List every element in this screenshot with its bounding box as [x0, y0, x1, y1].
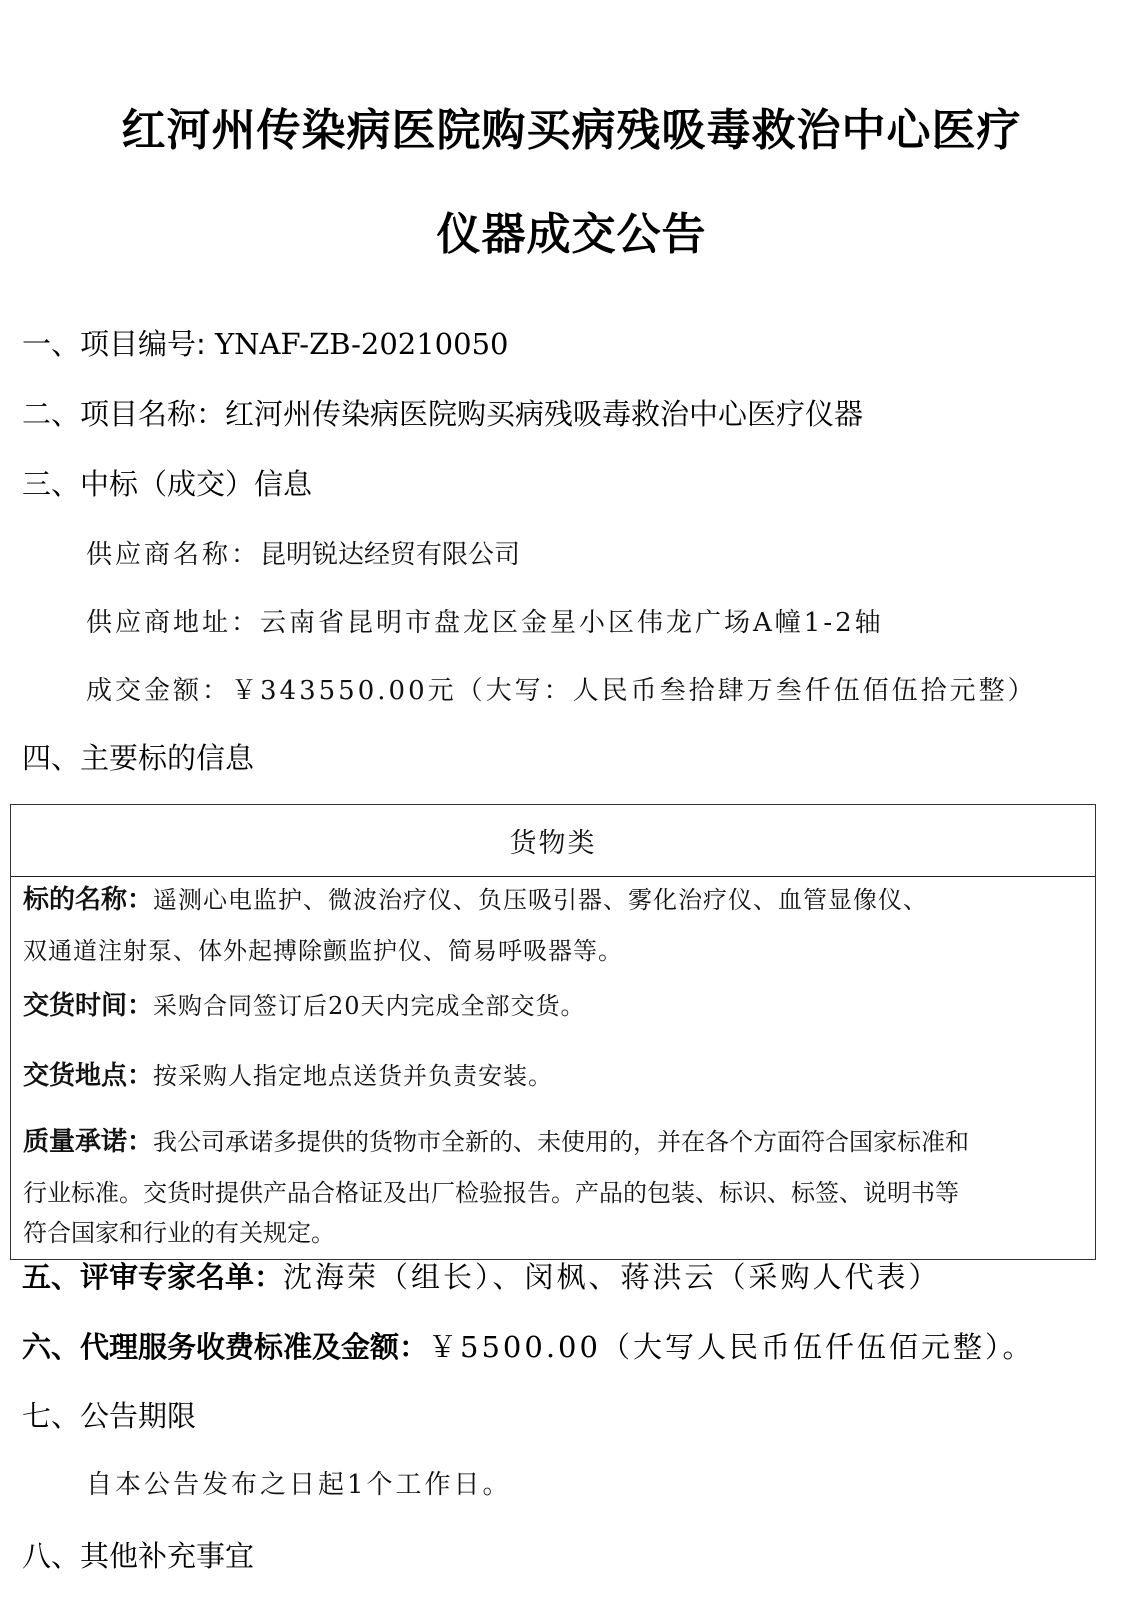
- delivery-place-value: 按采购人指定地点送货并负责安装。: [153, 1062, 553, 1090]
- main-items-table: 货物类 标的名称：遥测心电监护、微波治疗仪、负压吸引器、雾化治疗仪、血管显像仪、…: [10, 804, 1096, 1260]
- project-name-value: 红河州传染病医院购买病残吸毒救治中心医疗仪器: [225, 397, 863, 431]
- section-agency-fee: 六、代理服务收费标准及金额：￥5500.00（大写人民币伍仟伍佰元整）。: [22, 1325, 1034, 1366]
- agency-fee-value: ￥5500.00（大写人民币伍仟伍佰元整）。: [428, 1330, 1034, 1364]
- quality-commitment-line-2: 行业标准。交货时提供产品合格证及出厂检验报告。产品的包装、标识、标签、说明书等: [23, 1173, 959, 1208]
- section-award-info-heading: 三、中标（成交）信息: [22, 462, 312, 503]
- delivery-time-row: 交货时间：采购合同签订后20天内完成全部交货。: [23, 985, 586, 1022]
- table-category-header: 货物类: [11, 805, 1095, 877]
- section-project-number: 一、项目编号: YNAF-ZB-20210050: [22, 322, 508, 363]
- document-title-line-1: 红河州传染病医院购买病残吸毒救治中心医疗: [0, 94, 1143, 158]
- supplier-name-value: 昆明锐达经贸有限公司: [260, 540, 520, 570]
- section-other-matters-heading: 八、其他补充事宜: [22, 1534, 254, 1575]
- item-name-value-line-1: 遥测心电监护、微波治疗仪、负压吸引器、雾化治疗仪、血管显像仪、: [153, 886, 928, 914]
- delivery-place-row: 交货地点：按采购人指定地点送货并负责安装。: [23, 1055, 553, 1092]
- supplier-address-row: 供应商地址：云南省昆明市盘龙区金星小区伟龙广场A幢1-2轴: [86, 602, 884, 639]
- section-label: 五、评审专家名单：: [22, 1260, 283, 1294]
- supplier-address-value: 云南省昆明市盘龙区金星小区伟龙广场A幢1-2轴: [260, 608, 884, 638]
- item-name-label: 标的名称：: [23, 885, 153, 915]
- item-name-continuation: 双通道注射泵、体外起搏除颤监护仪、简易呼吸器等。: [23, 931, 623, 966]
- supplier-name-row: 供应商名称：昆明锐达经贸有限公司: [86, 534, 520, 571]
- supplier-name-label: 供应商名称：: [86, 540, 260, 570]
- section-label: 一、项目编号:: [22, 327, 206, 361]
- section-label: 二、项目名称：: [22, 397, 225, 431]
- review-experts-value: 沈海荣（组长）、闵枫、蒋洪云（采购人代表）: [283, 1260, 941, 1294]
- section-review-experts: 五、评审专家名单：沈海荣（组长）、闵枫、蒋洪云（采购人代表）: [22, 1255, 941, 1296]
- supplier-address-label: 供应商地址：: [86, 608, 260, 638]
- project-number-value: YNAF-ZB-20210050: [215, 327, 508, 361]
- document-title-line-2: 仪器成交公告: [0, 198, 1143, 262]
- section-main-items-heading: 四、主要标的信息: [22, 736, 254, 777]
- quality-commitment-line-3: 符合国家和行业的有关规定。: [23, 1213, 335, 1248]
- delivery-time-value: 采购合同签订后20天内完成全部交货。: [153, 992, 586, 1020]
- award-amount-row: 成交金额：￥343550.00元（大写：人民币叁拾肆万叁仟伍佰伍拾元整）: [86, 670, 1037, 707]
- section-notice-period-heading: 七、公告期限: [22, 1394, 196, 1435]
- section-label: 六、代理服务收费标准及金额：: [22, 1330, 428, 1364]
- item-name-row: 标的名称：遥测心电监护、微波治疗仪、负压吸引器、雾化治疗仪、血管显像仪、: [23, 879, 928, 916]
- section-project-name: 二、项目名称：红河州传染病医院购买病残吸毒救治中心医疗仪器: [22, 392, 863, 433]
- quality-commitment-row: 质量承诺：我公司承诺多提供的货物市全新的、未使用的，并在各个方面符合国家标准和: [23, 1121, 969, 1158]
- delivery-time-label: 交货时间：: [23, 991, 153, 1021]
- quality-commitment-label: 质量承诺：: [23, 1127, 153, 1157]
- award-amount-value: ￥343550.00元（大写：人民币叁拾肆万叁仟伍佰伍拾元整）: [231, 676, 1037, 706]
- notice-period-value: 自本公告发布之日起1个工作日。: [86, 1464, 512, 1501]
- award-amount-label: 成交金额：: [86, 676, 231, 706]
- delivery-place-label: 交货地点：: [23, 1061, 153, 1091]
- quality-commitment-line-1: 我公司承诺多提供的货物市全新的、未使用的，并在各个方面符合国家标准和: [153, 1128, 969, 1156]
